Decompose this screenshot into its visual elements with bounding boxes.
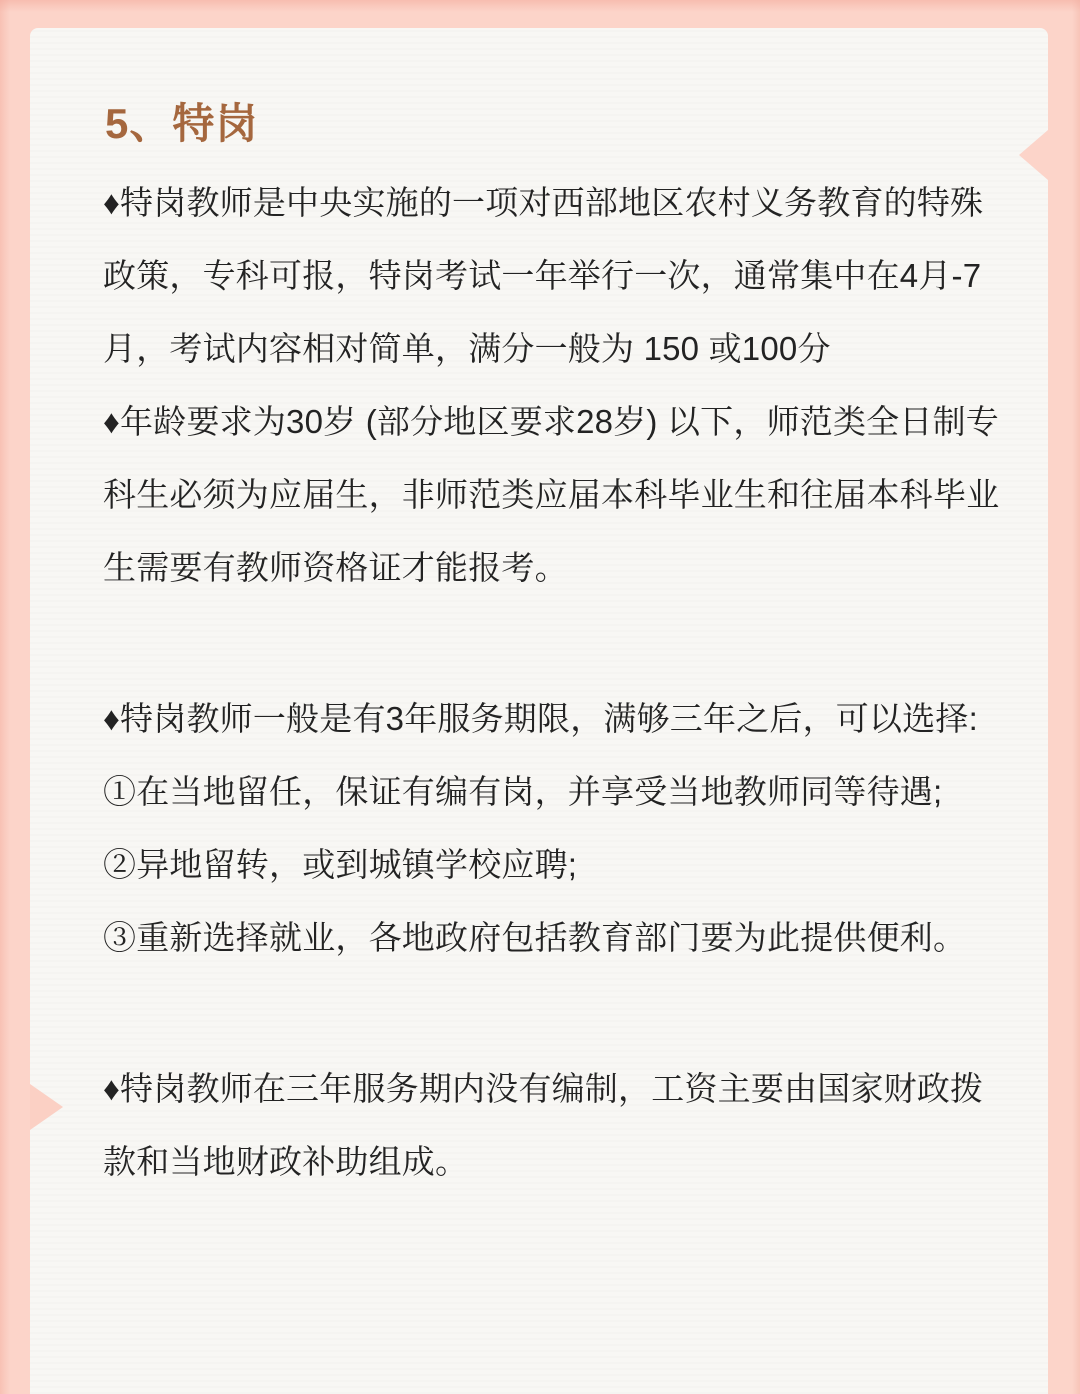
intro-paragraph: ♦特岗教师是中央实施的一项对西部地区农村义务教育的特殊 政策，专科可报，特岗考试…: [103, 166, 1008, 385]
age-requirement-paragraph: ♦年龄要求为30岁 (部分地区要求28岁) 以下，师范类全日制专 科生必须为应届…: [103, 385, 1008, 604]
section-title: 5、特岗: [105, 96, 1003, 152]
right-notch-decoration: [1019, 130, 1048, 180]
frame-left-edge-accent: [0, 0, 10, 1394]
frame-top-edge-accent: [0, 0, 1080, 12]
frame-right-edge-accent: [1072, 0, 1080, 1394]
content-card: 5、特岗 ♦特岗教师是中央实施的一项对西部地区农村义务教育的特殊 政策，专科可报…: [30, 28, 1048, 1394]
option-3-item: ③重新选择就业，各地政府包括教育部门要为此提供便利。: [103, 901, 1008, 974]
option-2-item: ②异地留转，或到城镇学校应聘;: [103, 828, 1008, 901]
salary-paragraph: ♦特岗教师在三年服务期内没有编制，工资主要由国家财政拨 款和当地财政补助组成。: [103, 1052, 1008, 1198]
left-notch-decoration: [30, 1084, 63, 1130]
poster-frame: 5、特岗 ♦特岗教师是中央实施的一项对西部地区农村义务教育的特殊 政策，专科可报…: [0, 0, 1080, 1394]
option-1-item: ①在当地留任，保证有编有岗，并享受当地教师同等待遇;: [103, 755, 1008, 828]
service-term-paragraph: ♦特岗教师一般是有3年服务期限，满够三年之后，可以选择:: [103, 682, 1008, 755]
